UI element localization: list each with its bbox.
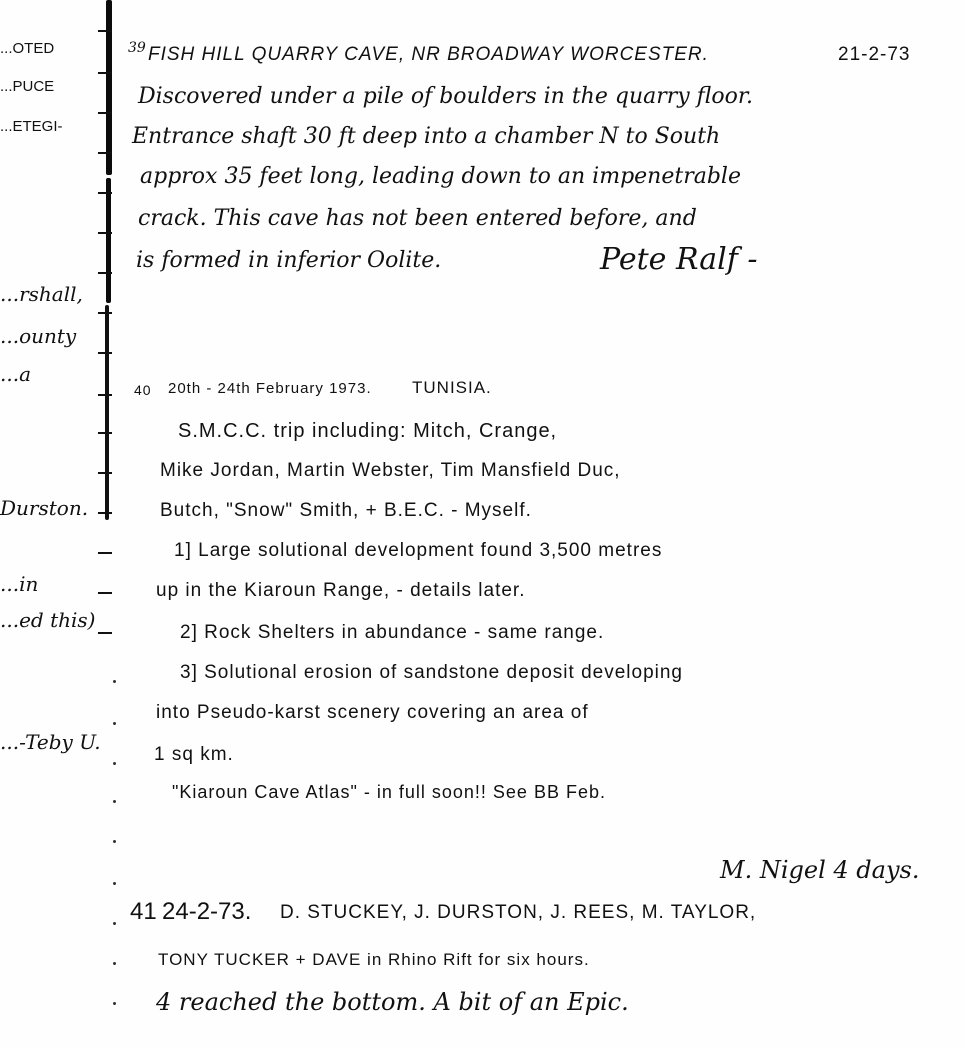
- margin-fragment: ...ounty: [0, 324, 76, 348]
- entry-line: TONY TUCKER + DAVE in Rhino Rift for six…: [158, 950, 590, 970]
- entry-location: TUNISIA.: [412, 378, 492, 398]
- entry-line: Mike Jordan, Martin Webster, Tim Mansfie…: [160, 460, 621, 482]
- entry-signature: Pete Ralf -: [600, 242, 757, 277]
- entry-line: into Pseudo-karst scenery covering an ar…: [156, 702, 589, 724]
- entry-line: 3] Solutional erosion of sandstone depos…: [180, 662, 683, 684]
- entry-number: 40: [134, 382, 152, 398]
- entry-date: 20th - 24th February 1973.: [168, 380, 372, 397]
- margin-fragment: ...PUCE: [0, 78, 54, 95]
- entry-line: 1 sq km.: [154, 744, 234, 766]
- entry-line: Butch, "Snow" Smith, + B.E.C. - Myself.: [160, 500, 532, 522]
- entry-line: 2] Rock Shelters in abundance - same ran…: [180, 622, 604, 644]
- margin-fragment: ...in: [0, 572, 38, 596]
- entry-signature: M. Nigel 4 days.: [720, 856, 919, 884]
- margin-fragment: ...-Teby U.: [0, 730, 101, 754]
- margin-fragment: ...a: [0, 362, 31, 386]
- margin-fragment: ...OTED: [0, 40, 54, 57]
- entry-line: approx 35 feet long, leading down to an …: [140, 164, 741, 189]
- entry-line: Entrance shaft 30 ft deep into a chamber…: [132, 124, 720, 149]
- entry-title: FISH HILL QUARRY CAVE, NR BROADWAY WORCE…: [148, 44, 709, 66]
- entry-date: 21-2-73: [838, 44, 911, 66]
- margin-fragment: ...rshall,: [0, 282, 83, 306]
- entry-line: 4 reached the bottom. A bit of an Epic.: [156, 988, 629, 1016]
- logbook-page: ...OTED ...PUCE ...ETEGI- ...rshall, ...…: [0, 0, 965, 1048]
- entry-number: 39: [128, 40, 146, 56]
- entry-line: is formed in inferior Oolite.: [136, 248, 441, 273]
- margin-fragment: Durston.: [0, 496, 88, 520]
- entry-line: 1] Large solutional development found 3,…: [174, 540, 662, 562]
- entry-date: 24-2-73.: [162, 898, 251, 926]
- entry-line: Discovered under a pile of boulders in t…: [138, 84, 753, 109]
- entry-line: S.M.C.C. trip including: Mitch, Crange,: [178, 420, 557, 443]
- entry-line: crack. This cave has not been entered be…: [138, 206, 697, 231]
- entry-line: up in the Kiaroun Range, - details later…: [156, 580, 525, 602]
- page-binding: [104, 0, 114, 860]
- entry-line: "Kiaroun Cave Atlas" - in full soon!! Se…: [172, 782, 606, 803]
- margin-fragment: ...ed this): [0, 608, 95, 632]
- entry-names: D. STUCKEY, J. DURSTON, J. REES, M. TAYL…: [280, 902, 756, 924]
- entry-number: 41: [130, 898, 157, 926]
- margin-fragment: ...ETEGI-: [0, 118, 63, 135]
